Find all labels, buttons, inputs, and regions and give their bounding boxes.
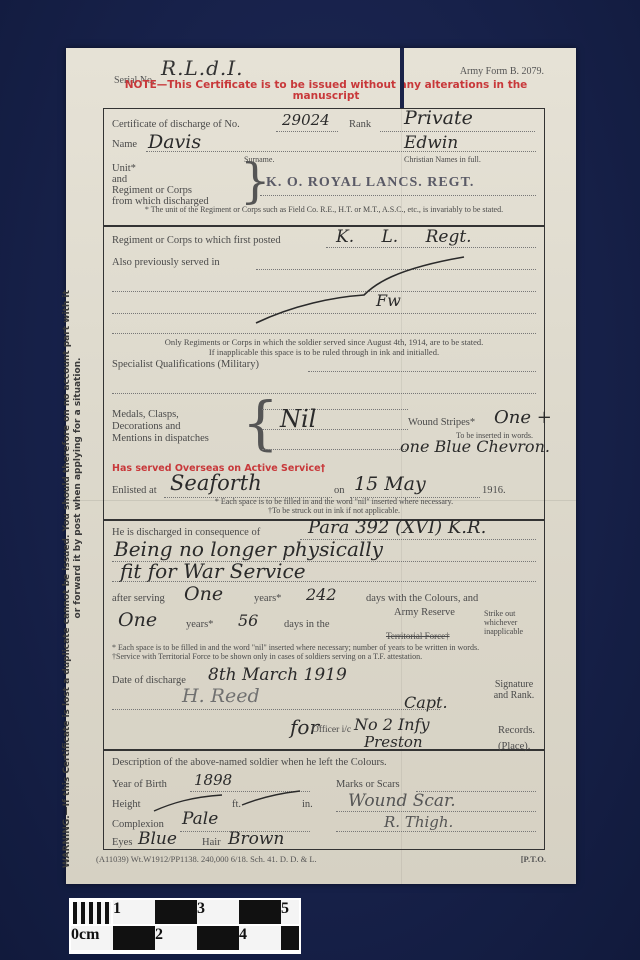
- red-note: NOTE—This Certificate is to be issued wi…: [106, 80, 546, 102]
- section-description: Description of the above-named soldier w…: [104, 749, 544, 849]
- section-discharge: He is discharged in consequence of Para …: [104, 519, 544, 751]
- enlisted-place: Seaforth: [170, 471, 262, 495]
- height-ruled-out: [152, 789, 302, 815]
- christian-names-value: Edwin: [404, 133, 458, 153]
- discharge-reason-line3: fit for War Service: [120, 559, 306, 583]
- marks-value: Wound Scar.: [348, 791, 456, 811]
- officer-signature: H. Reed: [182, 685, 260, 707]
- eyes-value: Blue: [138, 829, 177, 849]
- serial-value: R.L.d.I.: [161, 56, 243, 80]
- print-footer: (A11039) Wt.W1912/PP1138. 240,000 6/18. …: [96, 854, 546, 864]
- unit-label: Unit* and Regiment or Corps from which d…: [112, 163, 209, 207]
- enlisted-date: 15 May: [354, 473, 426, 495]
- previously-initials: Fw: [376, 291, 401, 310]
- certificate-frame: Certificate of discharge of No. 29024 Ra…: [103, 108, 545, 850]
- marks-location: R. Thigh.: [384, 813, 453, 831]
- pto-label: [P.T.O.: [521, 854, 546, 864]
- reserve-days: 56: [238, 611, 258, 630]
- discharge-reason-para: Para 392 (XVI) K.R.: [308, 517, 486, 538]
- complexion-value: Pale: [182, 809, 218, 829]
- surname-value: Davis: [148, 131, 201, 153]
- section-service: Regiment or Corps to which first posted …: [104, 225, 544, 521]
- enlisted-year: 1916.: [482, 485, 506, 496]
- discharge-date: 8th March 1919: [208, 665, 347, 685]
- unit-stamp: K. O. ROYAL LANCS. REGT.: [266, 175, 474, 191]
- colours-years: One: [184, 583, 223, 605]
- reserve-years: One: [118, 609, 157, 631]
- discharge-reason-line2: Being no longer physically: [114, 537, 383, 561]
- hair-value: Brown: [228, 829, 284, 849]
- section-identity: Certificate of discharge of No. 29024 Ra…: [104, 109, 544, 227]
- army-form-number: Army Form B. 2079.: [460, 66, 544, 77]
- records-office: No 2 Infy: [354, 715, 430, 734]
- mm-ticks: [73, 902, 111, 924]
- certificate-number: 29024: [282, 111, 330, 129]
- medals-value: Nil: [280, 405, 316, 433]
- warning-vertical-text: WARNING.—If this Certificate is lost a d…: [62, 108, 84, 868]
- ruled-through-line: [254, 245, 484, 325]
- paper-tear: [400, 48, 404, 108]
- birth-year: 1898: [194, 771, 232, 789]
- rank-value: Private: [404, 107, 473, 129]
- colours-days: 242: [306, 585, 337, 604]
- signature-rank: Capt.: [404, 693, 448, 712]
- wound-stripes-value: One +: [494, 407, 552, 428]
- medals-label: Medals, Clasps, Decorations and Mentions…: [112, 409, 209, 445]
- chevron-value: one Blue Chevron.: [400, 437, 550, 456]
- first-posted-value: K. L. Regt.: [336, 227, 472, 247]
- scale-bar: 0cm 1 2 3 4 5: [69, 898, 301, 954]
- discharge-certificate: Serial No. R.L.d.I. Army Form B. 2079. N…: [66, 48, 576, 884]
